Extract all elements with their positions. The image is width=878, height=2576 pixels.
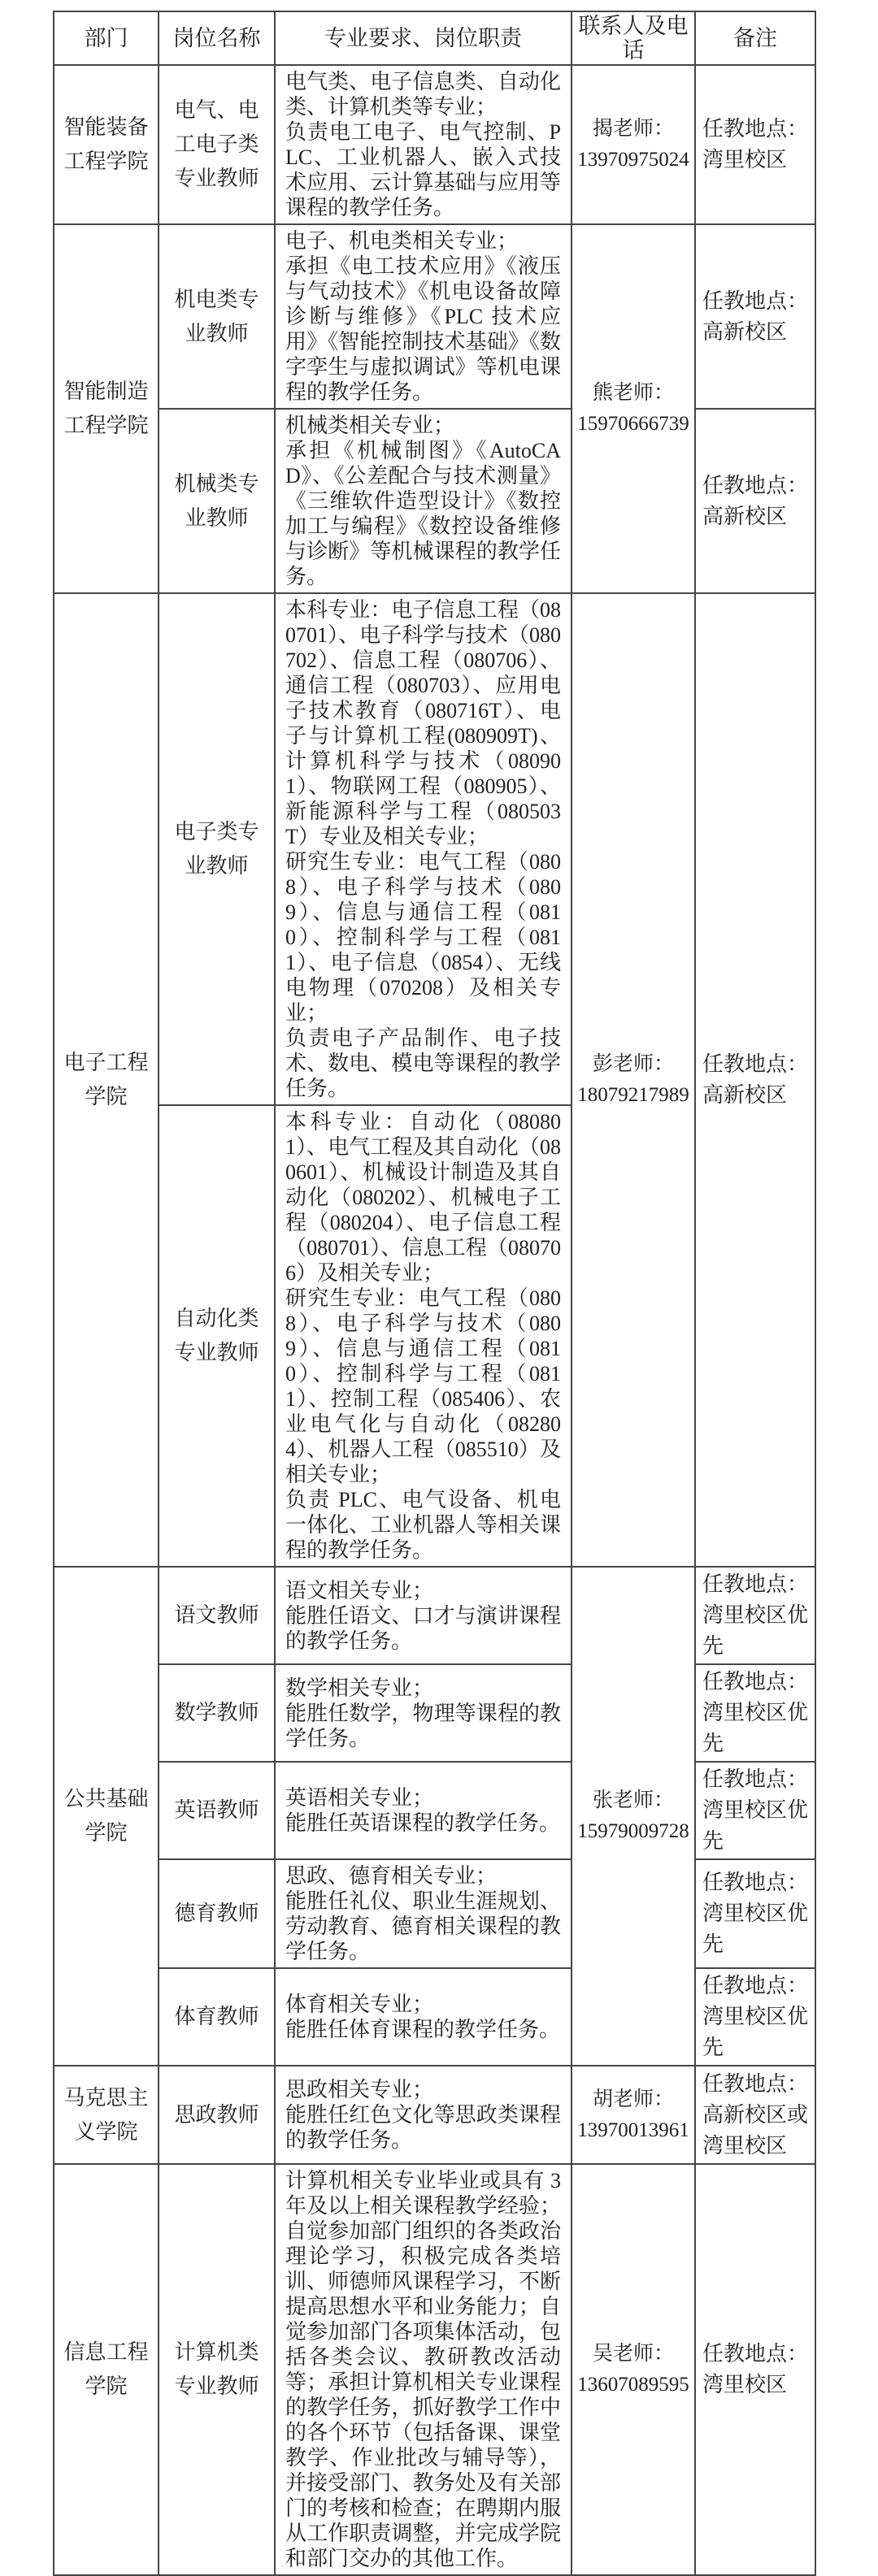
requirement-paragraph: 能胜任体育课程的教学任务。 <box>285 2017 561 2042</box>
contact-cell: 胡老师： 13970013961 <box>572 2066 695 2164</box>
contact-phone: 15979009728 <box>575 1816 692 1847</box>
requirement-paragraph: 负责电子产品制作、电子技术、数电、模电等课程的教学任务。 <box>285 1026 561 1101</box>
table-row: 公共基础学院 语文教师 语文相关专业； 能胜任语文、口才与演讲课程的教学任务。 … <box>54 1567 815 1664</box>
requirements-cell: 数学相关专业； 能胜任数学，物理等课程的教学任务。 <box>275 1664 572 1762</box>
contact-person: 熊老师： <box>575 378 692 409</box>
position-cell: 思政教师 <box>159 2066 275 2164</box>
table-row: 马克思主义学院 思政教师 思政相关专业； 能胜任红色文化等思政类课程的教学任务。… <box>54 2066 815 2164</box>
position-cell: 语文教师 <box>159 1567 275 1664</box>
table-row: 智能制造工程学院 机电类专业教师 电子、机电类相关专业； 承担《电工技术应用》《… <box>54 224 815 409</box>
requirements-cell: 思政、德育相关专业； 能胜任礼仪、职业生涯规划、劳动教育、德育相关课程的教学任务… <box>275 1859 572 1968</box>
contact-person: 张老师： <box>575 1785 692 1816</box>
requirement-paragraph: 机械类相关专业； <box>285 413 561 438</box>
requirement-paragraph: 承担《机械制图》《AutoCAD》、《公差配合与技术测量》《三维软件造型设计》《… <box>285 438 561 589</box>
remark-cell: 任教地点：高新校区 <box>695 409 815 593</box>
recruitment-table: 部门 岗位名称 专业要求、岗位职责 联系人及电话 备注 智能装备工程学院 电气、… <box>53 11 816 2576</box>
contact-phone: 18079217989 <box>575 1080 692 1111</box>
remark-cell: 任教地点：湾里校区优先 <box>695 1762 815 1859</box>
requirement-paragraph: 电气类、电子信息类、自动化类、计算机类等专业； <box>285 69 561 119</box>
requirement-paragraph: 计算机相关专业毕业或具有 3 年及以上相关课程教学经验；自觉参加部门组织的各类政… <box>285 2168 561 2571</box>
department-cell: 智能装备工程学院 <box>54 65 159 224</box>
requirement-paragraph: 思政、德育相关专业； <box>285 1863 561 1889</box>
position-cell: 自动化类专业教师 <box>159 1105 275 1567</box>
department-cell: 马克思主义学院 <box>54 2066 159 2164</box>
requirement-paragraph: 能胜任数学，物理等课程的教学任务。 <box>285 1701 561 1751</box>
position-cell: 电子类专业教师 <box>159 593 275 1105</box>
requirement-paragraph: 研究生专业：电气工程（0808）、电子科学与技术（0809）、信息与通信工程（0… <box>285 849 561 1026</box>
requirements-cell: 电气类、电子信息类、自动化类、计算机类等专业； 负责电工电子、电气控制、PLC、… <box>275 65 572 224</box>
contact-cell: 吴老师： 13607089595 <box>572 2164 695 2575</box>
position-cell: 电气、电工电子类专业教师 <box>159 65 275 224</box>
requirement-paragraph: 能胜任语文、口才与演讲课程的教学任务。 <box>285 1603 561 1654</box>
requirements-cell: 英语相关专业； 能胜任英语课程的教学任务。 <box>275 1762 572 1859</box>
remark-cell: 任教地点：湾里校区优先 <box>695 1567 815 1664</box>
contact-phone: 13607089595 <box>575 2370 692 2400</box>
requirements-cell: 机械类相关专业； 承担《机械制图》《AutoCAD》、《公差配合与技术测量》《三… <box>275 409 572 593</box>
department-cell: 公共基础学院 <box>54 1567 159 2066</box>
requirement-paragraph: 数学相关专业； <box>285 1676 561 1701</box>
requirement-paragraph: 能胜任英语课程的教学任务。 <box>285 1811 561 1836</box>
header-cell-contact: 联系人及电话 <box>572 11 695 65</box>
department-cell: 信息工程学院 <box>54 2164 159 2575</box>
table-row: 数学教师 数学相关专业； 能胜任数学，物理等课程的教学任务。 任教地点：湾里校区… <box>54 1664 815 1762</box>
remark-cell: 任教地点：高新校区 <box>695 224 815 409</box>
position-cell: 数学教师 <box>159 1664 275 1762</box>
requirement-paragraph: 研究生专业：电气工程（0808）、电子科学与技术（0809）、信息与通信工程（0… <box>285 1286 561 1487</box>
contact-person: 胡老师： <box>575 2084 692 2115</box>
requirements-cell: 本科专业：电子信息工程（080701）、电子科学与技术（080702）、信息工程… <box>275 593 572 1105</box>
requirement-paragraph: 本科专业：电子信息工程（080701）、电子科学与技术（080702）、信息工程… <box>285 597 561 849</box>
contact-phone: 13970975024 <box>575 145 692 176</box>
requirements-cell: 电子、机电类相关专业； 承担《电工技术应用》《液压与气动技术》《机电设备故障诊断… <box>275 224 572 409</box>
remark-cell: 任教地点：高新校区 <box>695 593 815 1567</box>
position-cell: 机械类专业教师 <box>159 409 275 593</box>
table-row: 机械类专业教师 机械类相关专业； 承担《机械制图》《AutoCAD》、《公差配合… <box>54 409 815 593</box>
requirement-paragraph: 思政相关专业； <box>285 2077 561 2102</box>
header-cell-remark: 备注 <box>695 11 815 65</box>
remark-cell: 任教地点：湾里校区 <box>695 65 815 224</box>
position-cell: 计算机类专业教师 <box>159 2164 275 2575</box>
position-cell: 机电类专业教师 <box>159 224 275 409</box>
department-cell: 智能制造工程学院 <box>54 224 159 593</box>
table-row: 英语教师 英语相关专业； 能胜任英语课程的教学任务。 任教地点：湾里校区优先 <box>54 1762 815 1859</box>
remark-cell: 任教地点：湾里校区优先 <box>695 1859 815 1968</box>
contact-cell: 揭老师： 13970975024 <box>572 65 695 224</box>
header-row: 部门 岗位名称 专业要求、岗位职责 联系人及电话 备注 <box>54 11 815 65</box>
requirements-cell: 思政相关专业； 能胜任红色文化等思政类课程的教学任务。 <box>275 2066 572 2164</box>
contact-phone: 13970013961 <box>575 2115 692 2146</box>
table-row: 电子工程学院 电子类专业教师 本科专业：电子信息工程（080701）、电子科学与… <box>54 593 815 1105</box>
table-row: 信息工程学院 计算机类专业教师 计算机相关专业毕业或具有 3 年及以上相关课程教… <box>54 2164 815 2575</box>
department-cell: 电子工程学院 <box>54 593 159 1567</box>
table-row: 体育教师 体育相关专业； 能胜任体育课程的教学任务。 任教地点：湾里校区优先 <box>54 1968 815 2066</box>
contact-cell: 张老师： 15979009728 <box>572 1567 695 2066</box>
remark-cell: 任教地点：湾里校区优先 <box>695 1968 815 2066</box>
table-row: 智能装备工程学院 电气、电工电子类专业教师 电气类、电子信息类、自动化类、计算机… <box>54 65 815 224</box>
requirements-cell: 计算机相关专业毕业或具有 3 年及以上相关课程教学经验；自觉参加部门组织的各类政… <box>275 2164 572 2575</box>
remark-cell: 任教地点：湾里校区 <box>695 2164 815 2575</box>
requirements-cell: 体育相关专业； 能胜任体育课程的教学任务。 <box>275 1968 572 2066</box>
contact-person: 彭老师： <box>575 1049 692 1080</box>
requirement-paragraph: 电子、机电类相关专业； <box>285 228 561 254</box>
requirement-paragraph: 英语相关专业； <box>285 1785 561 1811</box>
contact-person: 揭老师： <box>575 114 692 145</box>
contact-person: 吴老师： <box>575 2339 692 2370</box>
remark-cell: 任教地点：高新校区或湾里校区 <box>695 2066 815 2164</box>
requirement-paragraph: 体育相关专业； <box>285 1992 561 2017</box>
header-cell-position: 岗位名称 <box>159 11 275 65</box>
requirement-paragraph: 负责电工电子、电气控制、PLC、工业机器人、嵌入式技术应用、云计算基础与应用等课… <box>285 119 561 220</box>
contact-phone: 15970666739 <box>575 409 692 440</box>
position-cell: 体育教师 <box>159 1968 275 2066</box>
requirement-paragraph: 本科专业：自动化（080801）、电气工程及其自动化（080601）、机械设计制… <box>285 1109 561 1286</box>
requirements-cell: 本科专业：自动化（080801）、电气工程及其自动化（080601）、机械设计制… <box>275 1105 572 1567</box>
header-cell-department: 部门 <box>54 11 159 65</box>
contact-cell: 熊老师： 15970666739 <box>572 224 695 593</box>
requirement-paragraph: 能胜任礼仪、职业生涯规划、劳动教育、德育相关课程的教学任务。 <box>285 1889 561 1964</box>
requirement-paragraph: 能胜任红色文化等思政类课程的教学任务。 <box>285 2102 561 2153</box>
position-cell: 德育教师 <box>159 1859 275 1968</box>
requirement-paragraph: 语文相关专业； <box>285 1578 561 1603</box>
requirement-paragraph: 承担《电工技术应用》《液压与气动技术》《机电设备故障诊断与维修》《PLC 技术应… <box>285 254 561 405</box>
contact-cell: 彭老师： 18079217989 <box>572 593 695 1567</box>
header-cell-requirements: 专业要求、岗位职责 <box>275 11 572 65</box>
table-row: 德育教师 思政、德育相关专业； 能胜任礼仪、职业生涯规划、劳动教育、德育相关课程… <box>54 1859 815 1968</box>
position-cell: 英语教师 <box>159 1762 275 1859</box>
requirements-cell: 语文相关专业； 能胜任语文、口才与演讲课程的教学任务。 <box>275 1567 572 1664</box>
requirement-paragraph: 负责 PLC、电气设备、机电一体化、工业机器人等相关课程的教学任务。 <box>285 1487 561 1563</box>
remark-cell: 任教地点：湾里校区优先 <box>695 1664 815 1762</box>
